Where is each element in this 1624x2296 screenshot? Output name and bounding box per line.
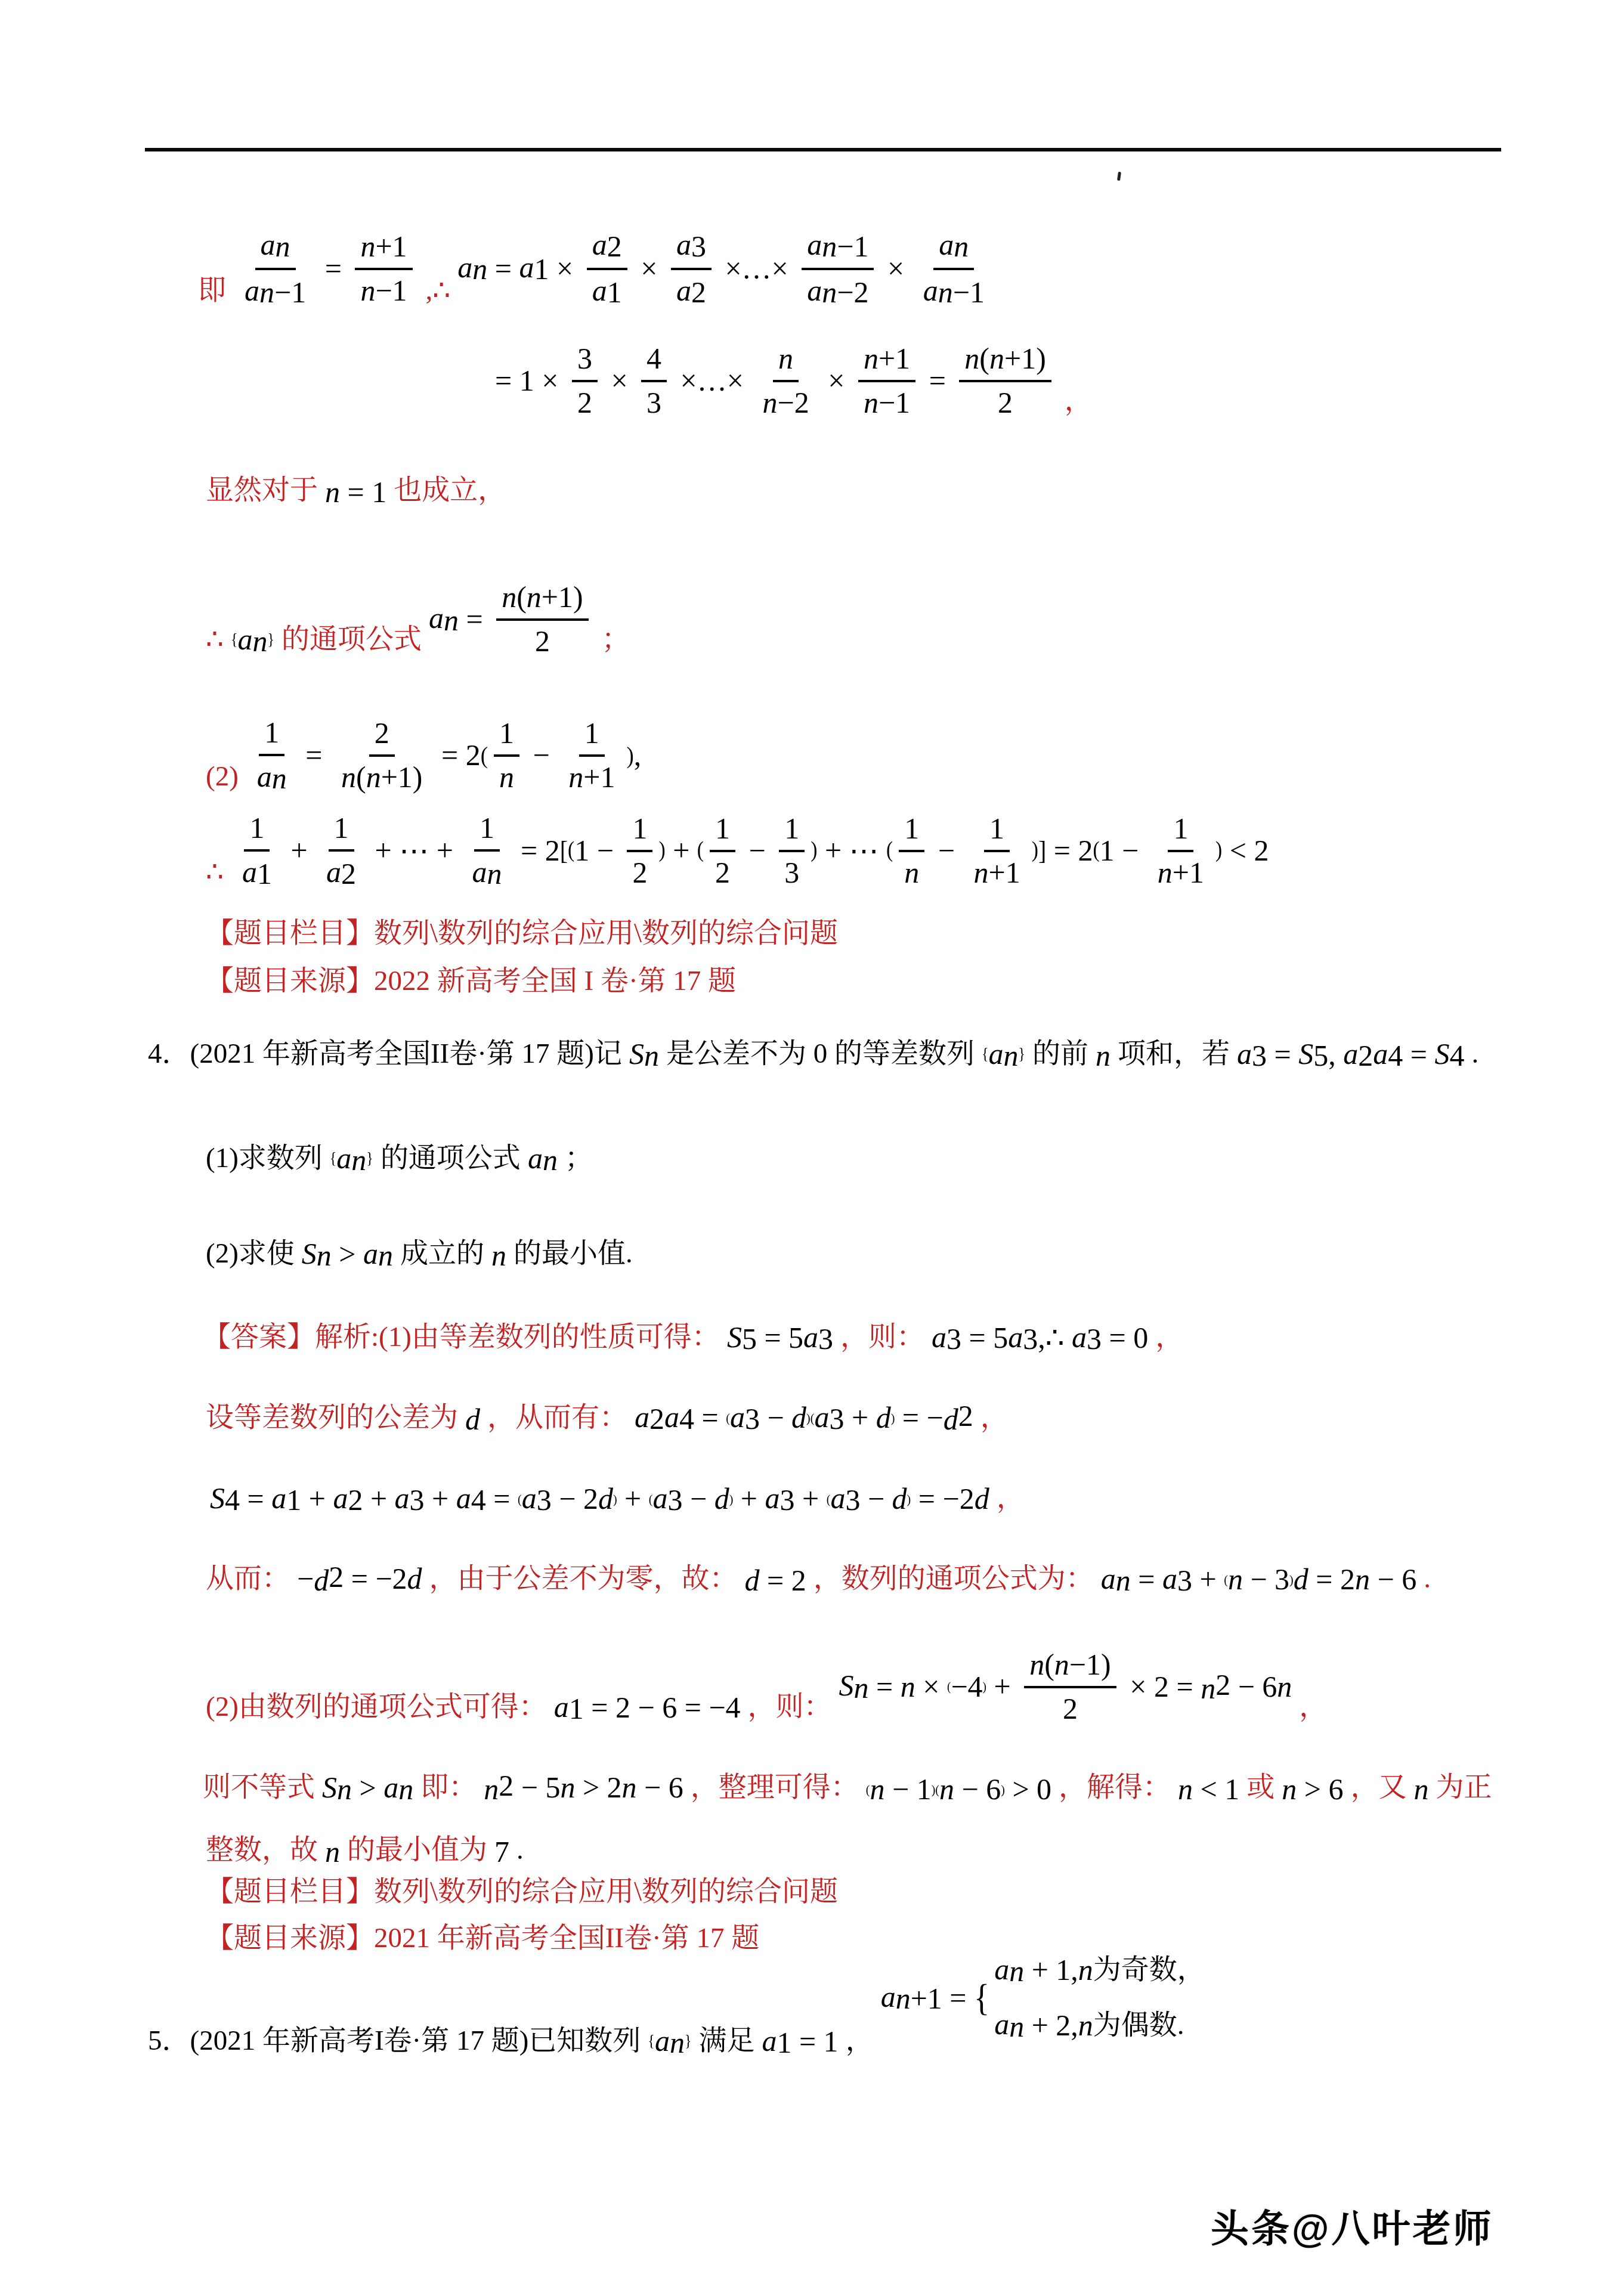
math-run: n — [568, 760, 583, 794]
fraction-numerator: 1 — [579, 716, 605, 757]
math-run: +1 — [1173, 856, 1204, 889]
math-script-group: a3 — [522, 1481, 552, 1518]
math-script-group: n2 — [484, 1768, 514, 1807]
math-script-group: Sn — [839, 1668, 869, 1705]
line-segment: Sn > an — [322, 1770, 413, 1807]
line-segment: 1an = 2n(n+1) = 2(1n − 1n+1), — [246, 715, 641, 796]
math-group-inner: n − 6 — [939, 1772, 1001, 1807]
math-run: n — [1277, 1669, 1292, 1704]
line-segment: ,∴ — [426, 271, 451, 310]
math-run: n — [472, 252, 487, 286]
math-run: d — [791, 1400, 806, 1435]
math-run: a — [245, 274, 259, 307]
math-subscript: 3 — [845, 1505, 860, 1512]
math-run: +1) — [381, 760, 423, 794]
math-run: a — [383, 1771, 398, 1804]
close-delimiter: ) — [891, 1413, 895, 1424]
math-run: 3 — [829, 1402, 844, 1435]
math-group: [(1 − 12) + (12 − 13) + ⋯ (1n − 1n+1)] — [560, 811, 1047, 890]
math-run: 2 — [329, 1560, 344, 1593]
math-fraction: a2a1 — [587, 227, 627, 310]
math-run: 1 — [1173, 812, 1188, 845]
math-run: n — [360, 274, 375, 307]
math-run: n — [1096, 1038, 1110, 1073]
open-delimiter: ( — [649, 1494, 653, 1505]
answer4-step2: 设等差数列的公差为d，从而有：a2a4 = (a3 − d)(a3 + d) =… — [206, 1398, 1009, 1437]
math-subscript: n — [351, 1165, 366, 1172]
fraction-denominator: 2 — [627, 852, 652, 890]
math-run: n — [360, 230, 375, 263]
open-delimiter: { — [648, 2035, 655, 2048]
math-run: −4 — [951, 1669, 982, 1704]
math-run: a — [554, 1690, 569, 1723]
math-group-inner: a3 + d — [814, 1400, 890, 1437]
fraction-denominator: a2 — [321, 852, 361, 892]
math-run: a — [655, 2024, 670, 2057]
fraction-denominator: 2 — [992, 382, 1018, 420]
answer4-step3: S4 = a1 + a2 + a3 + a4 = (a3 − 2d) + (a3… — [210, 1479, 1025, 1518]
line-segment: ，则： — [840, 1318, 924, 1357]
math-subscript: 2 — [341, 879, 356, 886]
math-subscript: 4 — [1388, 1061, 1403, 1067]
text-run: ， — [1155, 1318, 1183, 1357]
text-run: 5．(2021 年新高考I卷·第 17 题)已知数列 — [148, 2022, 641, 2060]
fraction-numerator: 1 — [329, 810, 354, 852]
line-segment: ，整理可得： — [691, 1768, 859, 1807]
math-run: × — [604, 363, 635, 398]
math-script-group: a2 — [635, 1400, 664, 1437]
math-run: + — [795, 1481, 827, 1517]
line-segment: (1)求数列 — [206, 1139, 323, 1178]
math-group-inner: −4 — [951, 1669, 982, 1704]
text-run: ， — [997, 1479, 1025, 1518]
math-run: 3 — [1087, 1322, 1102, 1356]
math-run: n — [398, 1772, 413, 1806]
math-run: × — [633, 251, 665, 286]
math-fraction: n(n−1)2 — [1024, 1647, 1116, 1726]
math-run: d — [465, 1402, 480, 1437]
math-run: d — [407, 1561, 422, 1596]
close-delimiter: ) — [983, 1682, 986, 1692]
math-script-group: an — [336, 1141, 366, 1178]
math-script-group: a3 — [676, 227, 706, 264]
line-segment: ∴ — [206, 853, 224, 892]
math-run: = 1 × — [495, 363, 566, 398]
open-delimiter: ( — [947, 1682, 951, 1692]
problem4-statement: 4．(2021 年新高考全国II卷·第 17 题)记Sn是公差不为 0 的等差数… — [148, 1035, 1478, 1073]
math-group-inner: an — [655, 2023, 685, 2060]
line-segment: a3 = S5, a2a4 = S4 — [1237, 1036, 1464, 1073]
math-run: 2 — [577, 386, 592, 419]
open-delimiter: ( — [1224, 1574, 1228, 1585]
close-delimiter: } — [1019, 1048, 1026, 1061]
math-run: 3 — [537, 1483, 552, 1517]
line-segment: 的最小值. — [514, 1234, 633, 1273]
math-run: −1) — [1069, 1648, 1111, 1681]
math-run: a — [1343, 1037, 1358, 1070]
math-run: a — [932, 1320, 946, 1354]
math-group-inner: 1 − 1n+1 — [1100, 811, 1215, 890]
line-segment: −d2 = −2d — [297, 1559, 422, 1598]
line-segment: {an} — [231, 622, 274, 659]
math-run: − 6 — [1370, 1562, 1416, 1597]
math-group-inner: a3 − 2d — [522, 1481, 613, 1518]
line-segment: ， — [1065, 382, 1093, 420]
math-script-group: an — [994, 2007, 1024, 2044]
line-segment: S5 = 5a3 — [727, 1320, 833, 1357]
line-segment: 成立的 — [400, 1234, 484, 1273]
math-run: n — [896, 1982, 911, 2015]
math-run: − 2 — [552, 1481, 598, 1517]
solution3-check-n1: 显然对于n = 1也成立， — [206, 471, 506, 510]
math-fraction: 1n+1 — [1152, 811, 1210, 890]
math-run: a — [457, 250, 472, 284]
fraction-denominator: an — [252, 756, 292, 796]
math-run: + — [425, 1481, 456, 1517]
text-run: 的最小值. — [514, 1234, 633, 1273]
math-run: − — [525, 738, 557, 773]
line-segment: n — [491, 1238, 506, 1273]
line-segment: an — [528, 1141, 558, 1178]
math-subscript: 3 — [745, 1424, 760, 1431]
math-subscript: 4 — [679, 1424, 694, 1431]
math-run: −1 — [375, 274, 407, 307]
math-group-inner: 12 − 13 — [704, 811, 811, 890]
line-segment: 4．(2021 年新高考全国II卷·第 17 题)记 — [148, 1035, 622, 1073]
open-delimiter: ( — [518, 1494, 522, 1505]
math-fraction: 12 — [710, 811, 735, 890]
open-delimiter: ( — [1093, 842, 1099, 860]
math-run: = — [487, 251, 519, 286]
math-run: = — [298, 738, 330, 773]
math-subscript: 3 — [1252, 1061, 1267, 1067]
line-segment: 【题目栏目】数列\数列的综合应用\数列的综合问题 — [206, 1873, 838, 1911]
line-segment: ，从而有： — [487, 1398, 627, 1437]
math-run: n — [964, 342, 979, 375]
math-group: (1n − 1n+1) — [886, 811, 1038, 890]
math-fraction: 13 — [779, 811, 805, 890]
math-run: + 1, — [1024, 1952, 1078, 1988]
math-run: 2 — [348, 1483, 363, 1517]
math-run: 1 — [534, 252, 549, 286]
text-run: 的前 — [1032, 1035, 1088, 1073]
math-run: + — [617, 1481, 649, 1517]
text-run: 设等差数列的公差为 — [206, 1398, 458, 1437]
close-delimiter: ) — [1032, 842, 1038, 860]
math-run: n — [1355, 1562, 1370, 1597]
line-segment: n — [325, 1834, 340, 1870]
line-segment: an = n(n+1)2 — [429, 580, 595, 659]
math-run: n — [1201, 1672, 1215, 1705]
math-fraction: anan−1 — [918, 227, 990, 310]
math-run: ( — [979, 342, 989, 375]
math-run: d — [944, 1403, 958, 1436]
math-run: 3 — [667, 1483, 682, 1517]
math-run: − — [930, 833, 962, 868]
line-segment: (n − 1)(n − 6) > 0 — [866, 1772, 1051, 1807]
math-run: d — [876, 1400, 891, 1435]
math-script-group: a3 — [1008, 1320, 1038, 1357]
line-segment: ， — [980, 1398, 1009, 1437]
line-segment: 也成立， — [394, 471, 506, 510]
line-segment: . — [1424, 1559, 1431, 1598]
math-run: S — [302, 1237, 317, 1270]
math-run: 2 — [535, 624, 550, 658]
math-run: a — [261, 228, 276, 261]
line-segment: ，解得： — [1059, 1768, 1171, 1807]
math-script-group: a2 — [1343, 1036, 1373, 1073]
math-subscript: n — [1004, 1061, 1019, 1067]
line-segment: a3 = 5a3,∴ a3 = 0 — [932, 1320, 1148, 1357]
math-run: −1 — [837, 230, 868, 263]
math-group-inner: a3 − d — [652, 1481, 729, 1518]
math-run: n — [644, 1039, 659, 1072]
math-run: ( — [356, 760, 366, 794]
answer4-step1: 【答案】解析:(1)由等差数列的性质可得：S5 = 5a3，则：a3 = 5a3… — [203, 1318, 1183, 1357]
math-group: (a3 − 2d) — [518, 1481, 617, 1518]
math-script-group: an — [257, 759, 287, 796]
fraction-numerator: a3 — [671, 227, 712, 270]
fraction-denominator: n — [494, 757, 519, 795]
math-group: (1n − 1n+1) — [481, 716, 634, 795]
line-segment: ， — [846, 2022, 874, 2060]
line-segment: 1a1 + 1a2 + ⋯ + 1an = 2[(1 − 12) + (12 −… — [231, 810, 1269, 892]
math-run: × — [915, 1669, 947, 1704]
math-group: (n − 3) — [1224, 1562, 1294, 1597]
math-script-group: a2 — [676, 273, 706, 310]
math-subscript: n — [954, 252, 969, 258]
math-run: n — [822, 276, 837, 309]
math-run: a — [635, 1400, 649, 1434]
math-subscript: 1 — [569, 1714, 584, 1721]
math-run: 1 — [264, 716, 279, 749]
fraction-numerator: 1 — [474, 810, 500, 852]
close-delimiter: ) — [932, 1784, 936, 1795]
fraction-denominator: an−1 — [239, 270, 311, 310]
answer4-part2-sn: (2)由数列的通项公式可得：a1 = 2 − 6 = −4，则：Sn = n ×… — [206, 1647, 1327, 1726]
math-run: a — [363, 1237, 378, 1270]
math-fraction: nn−2 — [757, 341, 815, 420]
text-run: 的最小值为 — [347, 1831, 487, 1870]
line-segment: 满足 — [698, 2022, 754, 2060]
close-delimiter: ) — [626, 746, 633, 765]
math-run: a — [237, 623, 252, 656]
line-segment: a1 = 1 — [762, 2023, 838, 2060]
fraction-denominator: 2 — [572, 382, 598, 420]
math-run: a — [807, 274, 822, 307]
math-fraction: n(n+1)2 — [496, 580, 589, 659]
math-run: 1 — [904, 812, 919, 845]
fraction-denominator: n−1 — [858, 382, 915, 420]
math-run: n — [1228, 1562, 1243, 1597]
fraction-numerator: 1 — [710, 811, 735, 852]
text-run: 则不等式 — [203, 1768, 315, 1807]
math-run: n — [1282, 1772, 1297, 1807]
math-run: , — [634, 738, 642, 773]
math-subscript: n−1 — [822, 252, 868, 258]
math-run: S — [839, 1669, 854, 1702]
text-run: . — [1424, 1559, 1431, 1598]
math-script-group: an — [261, 227, 290, 264]
math-subscript: n — [337, 1794, 352, 1801]
math-run: > — [352, 1771, 383, 1806]
math-group-inner: an — [336, 1141, 366, 1178]
math-run: 3 — [784, 856, 799, 889]
math-run: a — [994, 1952, 1009, 1986]
text-run: 【题目栏目】数列\数列的综合应用\数列的综合问题 — [206, 914, 838, 953]
open-delimiter: ( — [697, 842, 704, 860]
math-script-group: an — [383, 1770, 413, 1807]
math-fraction: 1n — [494, 716, 519, 795]
math-run: d — [745, 1563, 760, 1598]
math-run: a — [519, 250, 534, 284]
line-segment: (2)由数列的通项公式可得： — [206, 1688, 547, 1726]
math-run: a — [1162, 1562, 1177, 1595]
math-script-group: a3 — [395, 1481, 425, 1518]
math-group-inner: 1n − 1n+1 — [893, 811, 1031, 890]
math-run: 1 — [334, 811, 349, 844]
math-run: +1 — [989, 856, 1020, 889]
close-delimiter: ) — [658, 842, 665, 860]
math-run: 3 — [845, 1483, 860, 1517]
math-run: n — [1009, 1954, 1024, 1988]
math-fraction: 1a1 — [237, 810, 277, 892]
math-run: S — [727, 1320, 742, 1354]
math-run: n — [317, 1239, 332, 1272]
open-delimiter: { — [330, 1153, 337, 1165]
math-run: = — [942, 1981, 974, 2016]
close-delimiter: } — [267, 634, 274, 646]
text-run: 整数，故 — [206, 1831, 318, 1870]
math-run: × — [821, 363, 852, 398]
close-delimiter: ) — [1001, 1784, 1005, 1795]
math-fraction: n+1n−1 — [355, 229, 412, 308]
fraction-numerator: n(n+1) — [496, 580, 589, 621]
math-run: 1 — [286, 1483, 301, 1517]
math-run: a — [592, 228, 607, 261]
math-run: > — [332, 1237, 363, 1272]
cases-row: an + 2,n为偶数. — [994, 2006, 1205, 2045]
math-run: n — [527, 580, 542, 614]
math-run: − 6 — [1230, 1669, 1277, 1704]
math-run: n — [276, 230, 290, 263]
fraction-numerator: 1 — [899, 811, 924, 852]
math-run: 7 — [494, 1834, 509, 1870]
solution3-telescope-line: = 1 × 32 × 43 ×…× nn−2 × n+1n−1 = n(n+1)… — [495, 341, 1093, 420]
math-run: a — [814, 1400, 829, 1434]
math-superscript: 2 — [958, 1421, 973, 1428]
math-run: = 2 — [1309, 1562, 1355, 1597]
math-script-group: an−2 — [807, 273, 868, 310]
math-subscript: n−1 — [259, 298, 306, 304]
math-run: a — [652, 1481, 667, 1515]
fraction-denominator: 2 — [1057, 1688, 1083, 1726]
text-run: 即： — [420, 1768, 477, 1807]
math-run: 1 — [607, 276, 622, 309]
math-run: 2 — [499, 1769, 514, 1802]
line-segment: ， — [1299, 1688, 1327, 1726]
math-group: (a3 − d) — [827, 1481, 911, 1518]
math-fraction: 43 — [641, 341, 667, 420]
math-script-group: a1 — [762, 2023, 791, 2060]
math-group: {an} — [982, 1036, 1025, 1073]
math-run: −2 — [837, 276, 868, 309]
math-cases: {an + 1,n为奇数，an + 2,n为偶数. — [974, 1951, 1205, 2045]
line-segment: 为正 — [1436, 1768, 1492, 1807]
line-segment: 7 — [494, 1834, 509, 1870]
math-script-group: n2 — [1201, 1667, 1230, 1706]
math-script-group: a2 — [326, 855, 356, 892]
math-run: n — [444, 604, 459, 637]
fraction-denominator: a2 — [671, 270, 712, 310]
fraction-numerator: n+1 — [858, 341, 915, 382]
math-run: −1 — [878, 386, 910, 419]
math-script-group: S5 — [727, 1320, 757, 1357]
header-rule — [145, 148, 1501, 151]
math-group: (1 − 1n+1) — [1093, 811, 1222, 890]
line-segment: 【题目来源】2022 新高考全国 I 卷·第 17 题 — [206, 962, 736, 1001]
math-run: 3 — [410, 1483, 425, 1517]
math-run: a — [676, 274, 691, 307]
math-subscript: 3 — [829, 1424, 844, 1431]
text-run: ，整理可得： — [691, 1768, 859, 1807]
math-group: (−4) — [947, 1669, 986, 1704]
fraction-denominator: 3 — [779, 852, 805, 890]
math-run: = 0 — [1102, 1320, 1148, 1356]
math-run: = — [869, 1669, 901, 1704]
math-run: 2 — [958, 1399, 973, 1432]
math-run: 1 — [480, 811, 494, 844]
fraction-denominator: a1 — [237, 852, 277, 892]
math-run: d — [598, 1481, 613, 1517]
math-run: 1 — [569, 1692, 584, 1725]
math-run: n — [484, 1772, 499, 1806]
fraction-numerator: 1 — [259, 715, 284, 756]
math-script-group: a3 — [814, 1400, 844, 1437]
math-run: S — [1434, 1037, 1449, 1070]
math-group: (1 − 12) — [568, 811, 666, 890]
math-superscript: 2 — [329, 1582, 344, 1589]
math-run: = 1 — [791, 2024, 838, 2059]
fraction-numerator: 3 — [572, 341, 598, 382]
math-group: (a3 − d) — [726, 1400, 811, 1437]
fraction-numerator: 4 — [641, 341, 667, 382]
math-run: d — [1294, 1562, 1309, 1597]
math-run: +1 — [878, 342, 910, 375]
math-fraction: n+1n−1 — [858, 341, 915, 420]
math-run: 2 — [1063, 1692, 1078, 1725]
math-fraction: an−1an−2 — [802, 227, 874, 310]
line-segment: 整数，故 — [206, 1831, 318, 1870]
open-delimiter: { — [982, 1048, 989, 1061]
open-delimiter: ( — [827, 1494, 831, 1505]
math-run: n — [1054, 1648, 1069, 1681]
math-run: − 1 — [884, 1772, 931, 1807]
math-script-group: an — [994, 1952, 1024, 1989]
line-segment: ，数列的通项公式为： — [813, 1559, 1094, 1598]
line-segment: (2)求使 — [206, 1234, 295, 1273]
math-run: n — [1414, 1772, 1429, 1807]
math-run: a — [807, 228, 822, 261]
watermark: 头条@八叶老师 — [1211, 2198, 1493, 2253]
text-run: (2) — [206, 757, 239, 796]
line-segment: d — [465, 1402, 480, 1437]
fraction-denominator: 2 — [530, 621, 555, 659]
category-label-4: 【题目栏目】数列\数列的综合应用\数列的综合问题 — [206, 1873, 838, 1911]
math-run: n — [378, 1239, 393, 1272]
math-subscript: n — [543, 1165, 558, 1172]
math-run: = 2 — [434, 738, 481, 773]
